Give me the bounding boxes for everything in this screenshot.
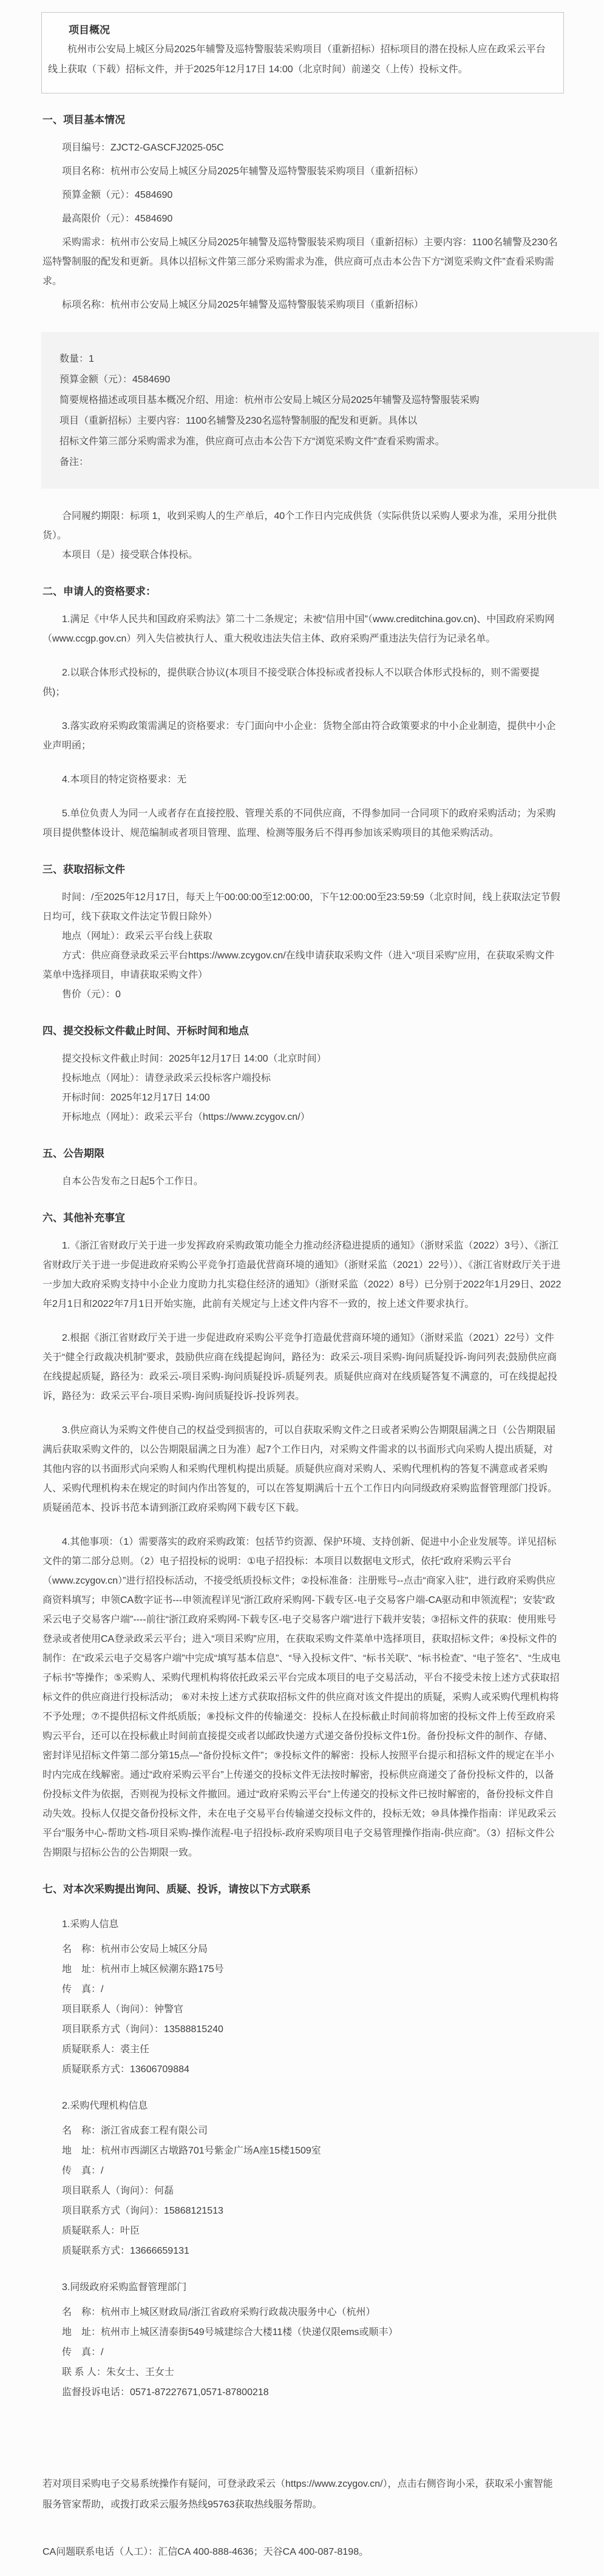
supervisor-fax: 传 真：/ — [42, 2342, 562, 2362]
qualification-2: 2.以联合体形式投标的，提供联合协议(本项目不接受联合体投标或者投标人不以联合体… — [42, 663, 562, 702]
field-project-name: 项目名称：杭州市公安局上城区分局2025年辅警及巡特警服装采购项目（重新招标） — [42, 162, 562, 181]
purchaser-fax: 传 真：/ — [42, 1979, 562, 1999]
field-project-number: 项目编号：ZJCT2-GASCFJ2025-05C — [42, 138, 562, 158]
supplement-note-2: 2.根据《浙江省财政厅关于进一步促进政府采购公平竞争打造最优营商环境的通知》（浙… — [42, 1329, 562, 1406]
supervisor-complaint-phone: 监督投诉电话：0571-87227671,0571-87800218 — [42, 2382, 562, 2402]
obtain-place: 地点（网址）：政采云平台线上获取 — [42, 927, 562, 946]
announcement-period: 自本公告发布之日起5个工作日。 — [42, 1172, 562, 1191]
overview-text: 杭州市公安局上城区分局2025年辅警及巡特警服装采购项目（重新招标）招标项目的潜… — [48, 39, 555, 80]
field-procurement-requirement: 采购需求：杭州市公安局上城区分局2025年辅警及巡特警服装采购项目（重新招标）主… — [42, 233, 562, 291]
overview-title: 项目概况 — [48, 21, 555, 39]
project-overview-box: 项目概况 杭州市公安局上城区分局2025年辅警及巡特警服装采购项目（重新招标）招… — [41, 12, 564, 93]
lot-remark: 备注： — [59, 452, 557, 473]
lot-quantity: 数量：1 — [59, 349, 557, 370]
supervisor-info-title: 3.同级政府采购监督管理部门 — [42, 2278, 562, 2297]
qualification-4: 4.本项目的特定资格要求：无 — [42, 770, 562, 790]
section-3-heading: 三、获取招标文件 — [42, 861, 562, 878]
announcement-body: 一、项目基本情况 项目编号：ZJCT2-GASCFJ2025-05C 项目名称：… — [42, 112, 562, 2563]
supervisor-name: 名 称：杭州市上城区财政局/浙江省政府采购行政裁决服务中心（杭州） — [42, 2302, 562, 2322]
section-4-heading: 四、提交投标文件截止时间、开标时间和地点 — [42, 1023, 562, 1040]
purchaser-query-phone: 质疑联系方式：13606709884 — [42, 2059, 562, 2079]
field-lot-name: 标项名称：杭州市公安局上城区分局2025年辅警及巡特警服装采购项目（重新招标） — [42, 296, 562, 315]
supervisor-contact-person: 联 系 人：朱女士、王女士 — [42, 2362, 562, 2382]
lot-budget: 预算金额（元）：4584690 — [59, 370, 557, 390]
purchaser-address: 地 址：杭州市上城区候潮东路175号 — [42, 1959, 562, 1979]
section-6-heading: 六、其他补充事宜 — [42, 1210, 562, 1227]
field-budget-amount: 预算金额（元）：4584690 — [42, 186, 562, 205]
lot-info-box: 数量：1 预算金额（元）：4584690 简要规格描述或项目基本概况介绍、用途：… — [41, 332, 599, 489]
agency-contact-person: 项目联系人（询问）：何磊 — [42, 2181, 562, 2201]
lot-description: 简要规格描述或项目基本概况介绍、用途：杭州市公安局上城区分局2025年辅警及巡特… — [59, 390, 557, 452]
qualification-1: 1.满足《中华人民共和国政府采购法》第二十二条规定；未被“信用中国”（www.c… — [42, 610, 562, 649]
obtain-price: 售价（元）：0 — [42, 985, 562, 1005]
agency-name: 名 称：浙江省成套工程有限公司 — [42, 2121, 562, 2141]
qualification-3: 3.落实政府采购政策需满足的资格要求：专门面向中小企业：货物全部由符合政策要求的… — [42, 717, 562, 756]
supervisor-address: 地 址：杭州市上城区清泰街549号城建综合大楼11楼（快递仅限ems或顺丰） — [42, 2322, 562, 2342]
section-5-heading: 五、公告期限 — [42, 1145, 562, 1162]
opening-place: 开标地点（网址）：政采云平台（https://www.zcygov.cn/） — [42, 1108, 562, 1127]
agency-contact-phone: 项目联系方式（询问）：15868121513 — [42, 2201, 562, 2221]
purchaser-query-person: 质疑联系人：裘主任 — [42, 2039, 562, 2059]
field-max-price: 最高限价（元）：4584690 — [42, 209, 562, 229]
contract-term: 合同履约期限：标项 1，收到采购人的生产单后，40个工作日内完成供货（实际供货以… — [42, 507, 562, 546]
tender-announcement-page: 项目概况 杭州市公安局上城区分局2025年辅警及巡特警服装采购项目（重新招标）招… — [0, 12, 604, 2576]
qualification-5: 5.单位负责人为同一人或者存在直接控股、管理关系的不同供应商，不得参加同一合同项… — [42, 804, 562, 843]
ca-hotline-note: CA问题联系电话（人工）：汇信CA 400-888-4636；天谷CA 400-… — [42, 2542, 562, 2563]
bid-place: 投标地点（网址）：请登录政采云投标客户端投标 — [42, 1069, 562, 1088]
supplement-note-1: 1.《浙江省财政厅关于进一步发挥政府采购政策功能全力推动经济稳进提质的通知》（浙… — [42, 1236, 562, 1314]
purchaser-contact-person: 项目联系人（询问）：钟警官 — [42, 1999, 562, 2019]
purchaser-name: 名 称：杭州市公安局上城区分局 — [42, 1939, 562, 1959]
section-7-heading: 七、对本次采购提出询问、质疑、投诉，请按以下方式联系 — [42, 1881, 562, 1898]
supplement-note-4: 4.其他事项：（1）需要落实的政府采购政策：包括节约资源、保护环境、支持创新、促… — [42, 1533, 562, 1863]
bid-deadline: 提交投标文件截止时间：2025年12月17日 14:00（北京时间） — [42, 1049, 562, 1069]
agency-address: 地 址：杭州市西湖区古墩路701号紫金广场A座15楼1509室 — [42, 2141, 562, 2161]
agency-query-phone: 质疑联系方式：13666659131 — [42, 2241, 562, 2261]
platform-help-note: 若对项目采购电子交易系统操作有疑问，可登录政采云（https://www.zcy… — [42, 2474, 562, 2515]
agency-query-person: 质疑联系人：叶臣 — [42, 2221, 562, 2241]
obtain-method: 方式：供应商登录政采云平台https://www.zcygov.cn/在线申请获… — [42, 946, 562, 985]
purchaser-contact-phone: 项目联系方式（询问）：13588815240 — [42, 2019, 562, 2039]
consortium-note: 本项目（是）接受联合体投标。 — [42, 546, 562, 565]
section-2-heading: 二、申请人的资格要求： — [42, 583, 562, 600]
agency-info-title: 2.采购代理机构信息 — [42, 2096, 562, 2116]
supplement-note-3: 3.供应商认为采购文件使自己的权益受到损害的，可以自获取采购文件之日或者采购公告… — [42, 1421, 562, 1518]
obtain-time: 时间：/至2025年12月17日，每天上午00:00:00至12:00:00，下… — [42, 888, 562, 927]
agency-fax: 传 真：/ — [42, 2161, 562, 2181]
opening-time: 开标时间：2025年12月17日 14:00 — [42, 1088, 562, 1108]
purchaser-info-title: 1.采购人信息 — [42, 1915, 562, 1934]
section-1-heading: 一、项目基本情况 — [42, 112, 562, 129]
